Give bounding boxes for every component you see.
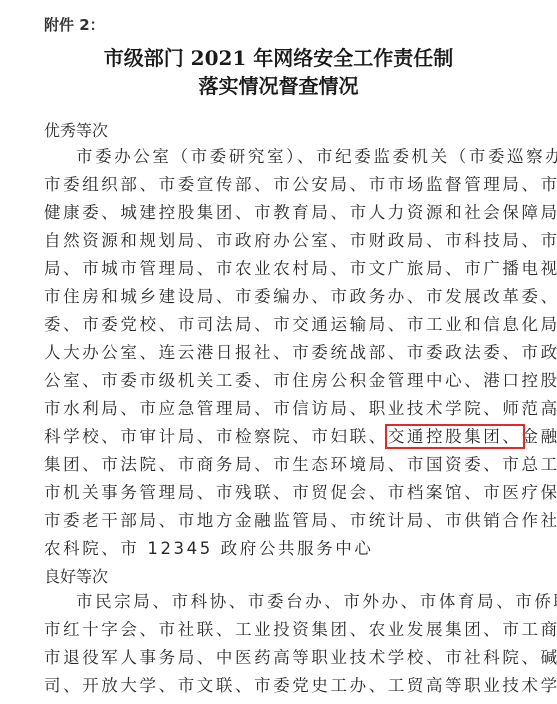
attachment-label: 附件 2： — [44, 14, 105, 35]
section-heading-excellent: 优秀等次 — [44, 118, 108, 141]
line-text-before: 科学校、市审计局、市检察院、市妇联、 — [44, 427, 388, 446]
highlighted-unit: 交通控股集团、 — [388, 427, 522, 446]
excellent-list-line: 市委办公室（市委研究室）、市纪委监委机关（市委巡察办）、 — [76, 143, 546, 171]
good-list-line: 市红十字会、市社联、工业投资集团、农业发展集团、市工商联、 — [44, 616, 514, 644]
excellent-list-line: 人大办公室、连云港日报社、市委统战部、市委政法委、市政协办 — [44, 339, 514, 367]
good-list-line: 司、开放大学、市文联、市委党史工办、工贸高等职业技术学校 — [44, 672, 514, 700]
good-list-line: 市民宗局、市科协、市委台办、市外办、市体育局、市侨联、 — [76, 588, 546, 616]
excellent-list-line: 健康委、城建控股集团、市教育局、市人力资源和社会保障局、市 — [44, 199, 514, 227]
excellent-list-line: 市机关事务管理局、市残联、市贸促会、市档案馆、市医疗保障局、 — [44, 479, 514, 507]
excellent-list-line: 市住房和城乡建设局、市委编办、市政务办、市发展改革委、团市 — [44, 283, 514, 311]
good-list-line: 市退役军人事务局、中医药高等职业技术学校、市社科院、碱业公 — [44, 644, 514, 672]
excellent-list-line: 市委组织部、市委宣传部、市公安局、市市场监督管理局、市卫生 — [44, 171, 514, 199]
excellent-list-line-highlighted: 科学校、市审计局、市检察院、市妇联、交通控股集团、金融控股 — [44, 423, 514, 451]
excellent-list-line: 局、市城市管理局、市农业农村局、市文广旅局、市广播电视台、 — [44, 255, 514, 283]
excellent-list-line: 市委老干部局、市地方金融监管局、市统计局、市供销合作社、市 — [44, 507, 514, 535]
document-title-line2: 落实情况督查情况 — [0, 70, 557, 99]
excellent-list-line: 自然资源和规划局、市政府办公室、市财政局、市科技局、市民政 — [44, 227, 514, 255]
excellent-list-line: 委、市委党校、市司法局、市交通运输局、市工业和信息化局、市 — [44, 311, 514, 339]
excellent-list-line: 市水利局、市应急管理局、市信访局、职业技术学院、师范高等专 — [44, 395, 514, 423]
excellent-list-line: 农科院、市 12345 政府公共服务中心 — [44, 535, 514, 563]
section-heading-good: 良好等次 — [44, 564, 108, 587]
line-text-after: 金融控股 — [522, 427, 557, 446]
excellent-list-line: 集团、市法院、市商务局、市生态环境局、市国资委、市总工会、 — [44, 451, 514, 479]
document-title-line1: 市级部门 2021 年网络安全工作责任制 — [0, 42, 557, 71]
excellent-list-line: 公室、市委市级机关工委、市住房公积金管理中心、港口控股集团、 — [44, 367, 514, 395]
